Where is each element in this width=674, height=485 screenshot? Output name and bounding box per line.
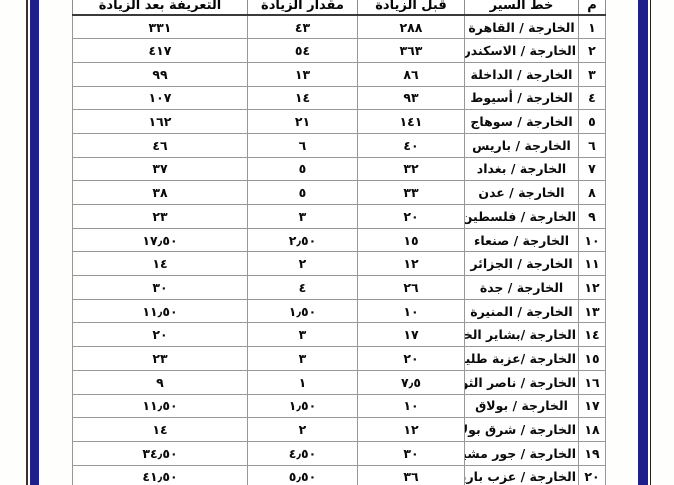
cell-before: ١٠ xyxy=(358,299,465,323)
cell-num: ١٦ xyxy=(579,370,606,394)
cell-increase: ١ xyxy=(248,370,358,394)
cell-after: ١٧٫٥٠ xyxy=(73,228,248,252)
table-row: ١٥الخارجة /عزبة طليب٢٠٣٢٣ xyxy=(73,347,606,371)
cell-after: ٤١٧ xyxy=(73,39,248,63)
cell-route: الخارجة / فلسطين xyxy=(465,205,579,229)
cell-route: الخارجة /بشاير الخير xyxy=(465,323,579,347)
cell-num: ١٤ xyxy=(579,323,606,347)
cell-before: ٢٠ xyxy=(358,205,465,229)
table-row: ١٦الخارجة / ناصر الثورة٧٫٥١٩ xyxy=(73,370,606,394)
cell-increase: ٣ xyxy=(248,323,358,347)
cell-after: ١٠٧ xyxy=(73,86,248,110)
cell-increase: ٢٫٥٠ xyxy=(248,228,358,252)
cell-before: ٩٣ xyxy=(358,86,465,110)
col-header-number: م xyxy=(579,0,606,15)
cell-increase: ٥٤ xyxy=(248,39,358,63)
cell-before: ٣٦٣ xyxy=(358,39,465,63)
cell-num: ٢ xyxy=(579,39,606,63)
cell-increase: ٢ xyxy=(248,252,358,276)
cell-after: ١١٫٥٠ xyxy=(73,299,248,323)
cell-num: ٦ xyxy=(579,133,606,157)
cell-after: ٢٣ xyxy=(73,205,248,229)
col-header-route: خط السير xyxy=(465,0,579,15)
cell-after: ٣٠ xyxy=(73,276,248,300)
table-row: ١٤الخارجة /بشاير الخير١٧٣٢٠ xyxy=(73,323,606,347)
cell-increase: ٣ xyxy=(248,347,358,371)
cell-before: ٣٣ xyxy=(358,181,465,205)
cell-route: الخارجة / شرق بولاق xyxy=(465,418,579,442)
col-header-before: قبل الزيادة xyxy=(358,0,465,15)
cell-after: ٢٣ xyxy=(73,347,248,371)
cell-increase: ٢١ xyxy=(248,110,358,134)
cell-increase: ٥ xyxy=(248,181,358,205)
table-row: ٨الخارجة / عدن٣٣٥٣٨ xyxy=(73,181,606,205)
cell-num: ٣ xyxy=(579,62,606,86)
table-row: ٧الخارجة / بغداد٣٢٥٣٧ xyxy=(73,157,606,181)
table-body: ١الخارجة / القاهرة٢٨٨٤٣٣٣١٢الخارجة / الا… xyxy=(73,15,606,485)
table-row: ٢الخارجة / الاسكندرية٣٦٣٥٤٤١٧ xyxy=(73,39,606,63)
cell-num: ١٧ xyxy=(579,394,606,418)
cell-num: ١٥ xyxy=(579,347,606,371)
cell-after: ٩ xyxy=(73,370,248,394)
cell-route: الخارجة / المنيرة xyxy=(465,299,579,323)
cell-increase: ١٫٥٠ xyxy=(248,299,358,323)
cell-num: ٤ xyxy=(579,86,606,110)
cell-route: الخارجة / عزب باريس xyxy=(465,465,579,485)
cell-after: ١٤ xyxy=(73,418,248,442)
cell-before: ٢٨٨ xyxy=(358,15,465,39)
cell-increase: ٥٫٥٠ xyxy=(248,465,358,485)
cell-route: الخارجة / جور مشين ٧ xyxy=(465,441,579,465)
cell-after: ٤٦ xyxy=(73,133,248,157)
right-frame-thin-line xyxy=(650,0,652,485)
header-row: م خط السير قبل الزيادة مقدار الزيادة الت… xyxy=(73,0,606,15)
table-row: ١٨الخارجة / شرق بولاق١٢٢١٤ xyxy=(73,418,606,442)
left-frame-thin-line xyxy=(26,0,28,485)
cell-before: ١٢ xyxy=(358,418,465,442)
cell-num: ٧ xyxy=(579,157,606,181)
cell-num: ٢٠ xyxy=(579,465,606,485)
tariff-table: م خط السير قبل الزيادة مقدار الزيادة الت… xyxy=(72,0,606,485)
table-row: ١٢الخارجة / جدة٢٦٤٣٠ xyxy=(73,276,606,300)
table-row: ٣الخارجة / الداخلة٨٦١٣٩٩ xyxy=(73,62,606,86)
cell-route: الخارجة /عزبة طليب xyxy=(465,347,579,371)
table-row: ٤الخارجة / أسيوط٩٣١٤١٠٧ xyxy=(73,86,606,110)
cell-after: ١٤ xyxy=(73,252,248,276)
cell-route: الخارجة / الاسكندرية xyxy=(465,39,579,63)
table-row: ٦الخارجة / باريس٤٠٦٤٦ xyxy=(73,133,606,157)
cell-num: ٩ xyxy=(579,205,606,229)
cell-num: ١٩ xyxy=(579,441,606,465)
col-header-after: التعريفة بعد الزيادة xyxy=(73,0,248,15)
cell-num: ٥ xyxy=(579,110,606,134)
cell-after: ٣٨ xyxy=(73,181,248,205)
cell-route: الخارجة / باريس xyxy=(465,133,579,157)
cell-increase: ١٣ xyxy=(248,62,358,86)
cell-num: ٨ xyxy=(579,181,606,205)
cell-after: ٢٠ xyxy=(73,323,248,347)
cell-increase: ٤٣ xyxy=(248,15,358,39)
cell-route: الخارجة / ناصر الثورة xyxy=(465,370,579,394)
table-row: ٢٠الخارجة / عزب باريس٣٦٥٫٥٠٤١٫٥٠ xyxy=(73,465,606,485)
cell-route: الخارجة / الجزائر xyxy=(465,252,579,276)
cell-increase: ٣ xyxy=(248,205,358,229)
cell-before: ١٠ xyxy=(358,394,465,418)
cell-before: ١٢ xyxy=(358,252,465,276)
cell-num: ١٨ xyxy=(579,418,606,442)
cell-before: ٢٦ xyxy=(358,276,465,300)
cell-route: الخارجة / الداخلة xyxy=(465,62,579,86)
cell-after: ٣٧ xyxy=(73,157,248,181)
cell-route: الخارجة / القاهرة xyxy=(465,15,579,39)
cell-before: ٨٦ xyxy=(358,62,465,86)
cell-route: الخارجة / صنعاء xyxy=(465,228,579,252)
table-row: ١٧الخارجة / بولاق١٠١٫٥٠١١٫٥٠ xyxy=(73,394,606,418)
cell-increase: ٥ xyxy=(248,157,358,181)
table-row: ٥الخارجة / سوهاج١٤١٢١١٦٢ xyxy=(73,110,606,134)
cell-route: الخارجة / بولاق xyxy=(465,394,579,418)
cell-increase: ٢ xyxy=(248,418,358,442)
cell-before: ١٥ xyxy=(358,228,465,252)
table-row: ١١الخارجة / الجزائر١٢٢١٤ xyxy=(73,252,606,276)
cell-num: ١١ xyxy=(579,252,606,276)
cell-num: ١ xyxy=(579,15,606,39)
table-row: ١٣الخارجة / المنيرة١٠١٫٥٠١١٫٥٠ xyxy=(73,299,606,323)
cell-increase: ٦ xyxy=(248,133,358,157)
left-frame-navy-bar xyxy=(30,0,39,485)
scanned-document-page: م خط السير قبل الزيادة مقدار الزيادة الت… xyxy=(0,0,674,485)
cell-after: ١٦٢ xyxy=(73,110,248,134)
table-row: ١الخارجة / القاهرة٢٨٨٤٣٣٣١ xyxy=(73,15,606,39)
cell-before: ٢٠ xyxy=(358,347,465,371)
cell-increase: ٤٫٥٠ xyxy=(248,441,358,465)
cell-before: ٧٫٥ xyxy=(358,370,465,394)
table-row: ١٠الخارجة / صنعاء١٥٢٫٥٠١٧٫٥٠ xyxy=(73,228,606,252)
cell-after: ٣٣١ xyxy=(73,15,248,39)
cell-before: ١٧ xyxy=(358,323,465,347)
cell-after: ٩٩ xyxy=(73,62,248,86)
cell-after: ١١٫٥٠ xyxy=(73,394,248,418)
cell-route: الخارجة / جدة xyxy=(465,276,579,300)
cell-num: ١٠ xyxy=(579,228,606,252)
cell-before: ١٤١ xyxy=(358,110,465,134)
cell-after: ٤١٫٥٠ xyxy=(73,465,248,485)
col-header-increase: مقدار الزيادة xyxy=(248,0,358,15)
cell-before: ٣٠ xyxy=(358,441,465,465)
cell-increase: ٤ xyxy=(248,276,358,300)
right-frame-navy-bar xyxy=(638,0,648,485)
cell-increase: ١٤ xyxy=(248,86,358,110)
cell-route: الخارجة / سوهاج xyxy=(465,110,579,134)
cell-num: ١٢ xyxy=(579,276,606,300)
cell-num: ١٣ xyxy=(579,299,606,323)
cell-after: ٣٤٫٥٠ xyxy=(73,441,248,465)
cell-route: الخارجة / عدن xyxy=(465,181,579,205)
cell-increase: ١٫٥٠ xyxy=(248,394,358,418)
cell-before: ٤٠ xyxy=(358,133,465,157)
cell-before: ٣٦ xyxy=(358,465,465,485)
cell-before: ٣٢ xyxy=(358,157,465,181)
table-row: ١٩الخارجة / جور مشين ٧٣٠٤٫٥٠٣٤٫٥٠ xyxy=(73,441,606,465)
cell-route: الخارجة / أسيوط xyxy=(465,86,579,110)
cell-route: الخارجة / بغداد xyxy=(465,157,579,181)
table-row: ٩الخارجة / فلسطين٢٠٣٢٣ xyxy=(73,205,606,229)
